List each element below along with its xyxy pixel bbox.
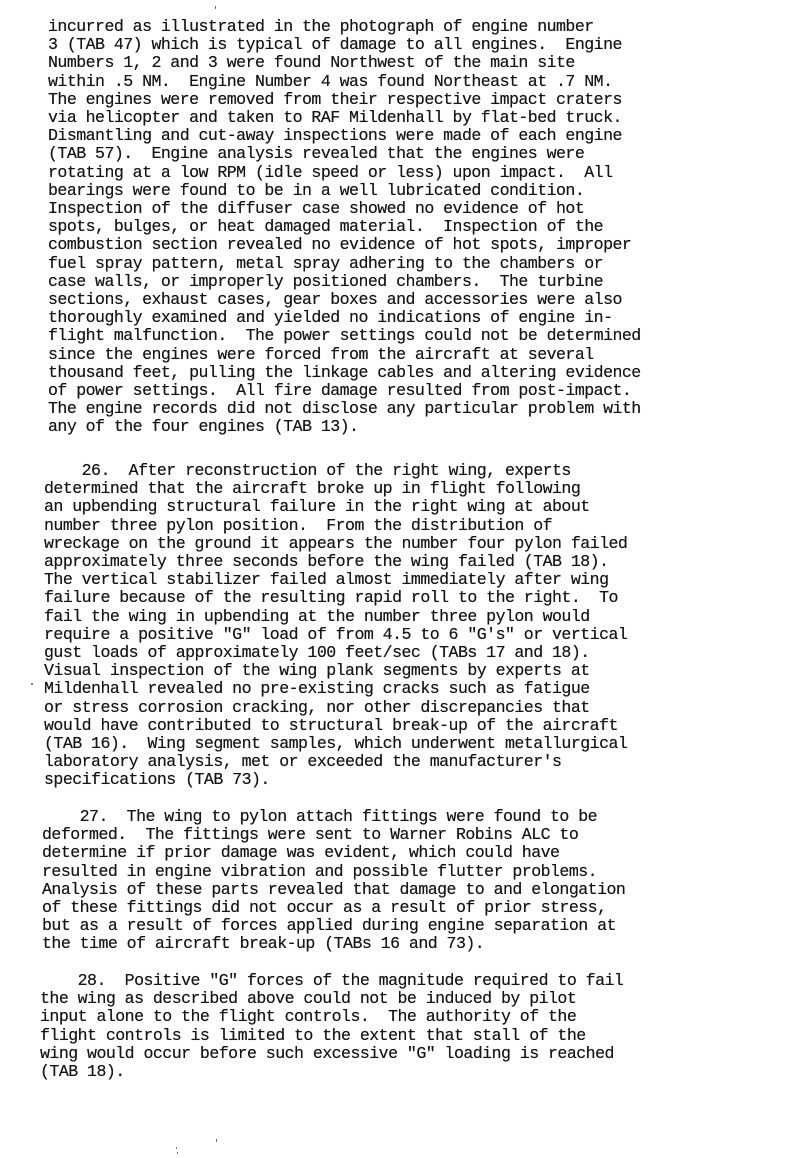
text-line: since the engines were forced from the a… <box>48 346 788 364</box>
text-line: sections, exhaust cases, gear boxes and … <box>48 291 788 309</box>
text-line: combustion section revealed no evidence … <box>48 236 788 254</box>
text-line: case walls, or improperly positioned cha… <box>48 273 788 291</box>
text-line: Numbers 1, 2 and 3 were found Northwest … <box>48 54 788 72</box>
text-line: Dismantling and cut-away inspections wer… <box>48 127 788 145</box>
text-line: Visual inspection of the wing plank segm… <box>44 662 784 680</box>
document-page: incurred as illustrated in the photograp… <box>0 0 800 1158</box>
scan-speck <box>177 1152 178 1154</box>
text-line: The engines were removed from their resp… <box>48 91 788 109</box>
text-line: deformed. The fittings were sent to Warn… <box>42 826 782 844</box>
text-line: determined that the aircraft broke up in… <box>44 480 784 498</box>
text-line: incurred as illustrated in the photograp… <box>48 18 788 36</box>
text-line: thoroughly examined and yielded no indic… <box>48 309 788 327</box>
paragraph-25-continued: incurred as illustrated in the photograp… <box>48 18 788 437</box>
scan-speck <box>215 6 216 9</box>
text-line: (TAB 18). <box>40 1063 780 1081</box>
text-line: input alone to the flight controls. The … <box>40 1008 780 1026</box>
text-line: fail the wing in upbending at the number… <box>44 608 784 626</box>
text-line: gust loads of approximately 100 feet/sec… <box>44 644 784 662</box>
text-line: Analysis of these parts revealed that da… <box>42 881 782 899</box>
text-line: failure because of the resulting rapid r… <box>44 589 784 607</box>
paragraph-27: 27. The wing to pylon attach fittings we… <box>42 808 782 954</box>
text-line: determine if prior damage was evident, w… <box>42 844 782 862</box>
text-line: an upbending structural failure in the r… <box>44 498 784 516</box>
text-line: resulted in engine vibration and possibl… <box>42 863 782 881</box>
text-line: the time of aircraft break-up (TABs 16 a… <box>42 935 782 953</box>
text-line: wreckage on the ground it appears the nu… <box>44 535 784 553</box>
text-line: laboratory analysis, met or exceeded the… <box>44 753 784 771</box>
text-line: but as a result of forces applied during… <box>42 917 782 935</box>
text-line: within .5 NM. Engine Number 4 was found … <box>48 73 788 91</box>
paragraph-28: 28. Positive "G" forces of the magnitude… <box>40 972 780 1081</box>
text-line: spots, bulges, or heat damaged material.… <box>48 218 788 236</box>
text-line: 3 (TAB 47) which is typical of damage to… <box>48 36 788 54</box>
text-line: fuel spray pattern, metal spray adhering… <box>48 255 788 273</box>
text-line: number three pylon position. From the di… <box>44 517 784 535</box>
text-line: via helicopter and taken to RAF Mildenha… <box>48 109 788 127</box>
text-line: flight malfunction. The power settings c… <box>48 327 788 345</box>
text-line: The vertical stabilizer failed almost im… <box>44 571 784 589</box>
text-line: specifications (TAB 73). <box>44 771 784 789</box>
text-line: require a positive "G" load of from 4.5 … <box>44 626 784 644</box>
text-line: or stress corrosion cracking, nor other … <box>44 699 784 717</box>
text-line: of power settings. All fire damage resul… <box>48 382 788 400</box>
text-line: Inspection of the diffuser case showed n… <box>48 200 788 218</box>
scan-speck <box>31 683 33 685</box>
text-line: bearings were found to be in a well lubr… <box>48 182 788 200</box>
text-line: 26. After reconstruction of the right wi… <box>44 462 784 480</box>
text-line: any of the four engines (TAB 13). <box>48 418 788 436</box>
text-line: the wing as described above could not be… <box>40 990 780 1008</box>
scan-speck <box>176 1147 177 1149</box>
text-line: would have contributed to structural bre… <box>44 717 784 735</box>
scan-speck <box>216 1139 217 1142</box>
text-line: rotating at a low RPM (idle speed or les… <box>48 164 788 182</box>
text-line: Mildenhall revealed no pre-existing crac… <box>44 680 784 698</box>
text-line: 28. Positive "G" forces of the magnitude… <box>40 972 780 990</box>
text-line: wing would occur before such excessive "… <box>40 1045 780 1063</box>
text-line: approximately three seconds before the w… <box>44 553 784 571</box>
text-line: (TAB 16). Wing segment samples, which un… <box>44 735 784 753</box>
text-line: (TAB 57). Engine analysis revealed that … <box>48 145 788 163</box>
text-line: flight controls is limited to the extent… <box>40 1027 780 1045</box>
paragraph-26: 26. After reconstruction of the right wi… <box>44 462 784 790</box>
text-line: 27. The wing to pylon attach fittings we… <box>42 808 782 826</box>
text-line: of these fittings did not occur as a res… <box>42 899 782 917</box>
text-line: thousand feet, pulling the linkage cable… <box>48 364 788 382</box>
text-line: The engine records did not disclose any … <box>48 400 788 418</box>
